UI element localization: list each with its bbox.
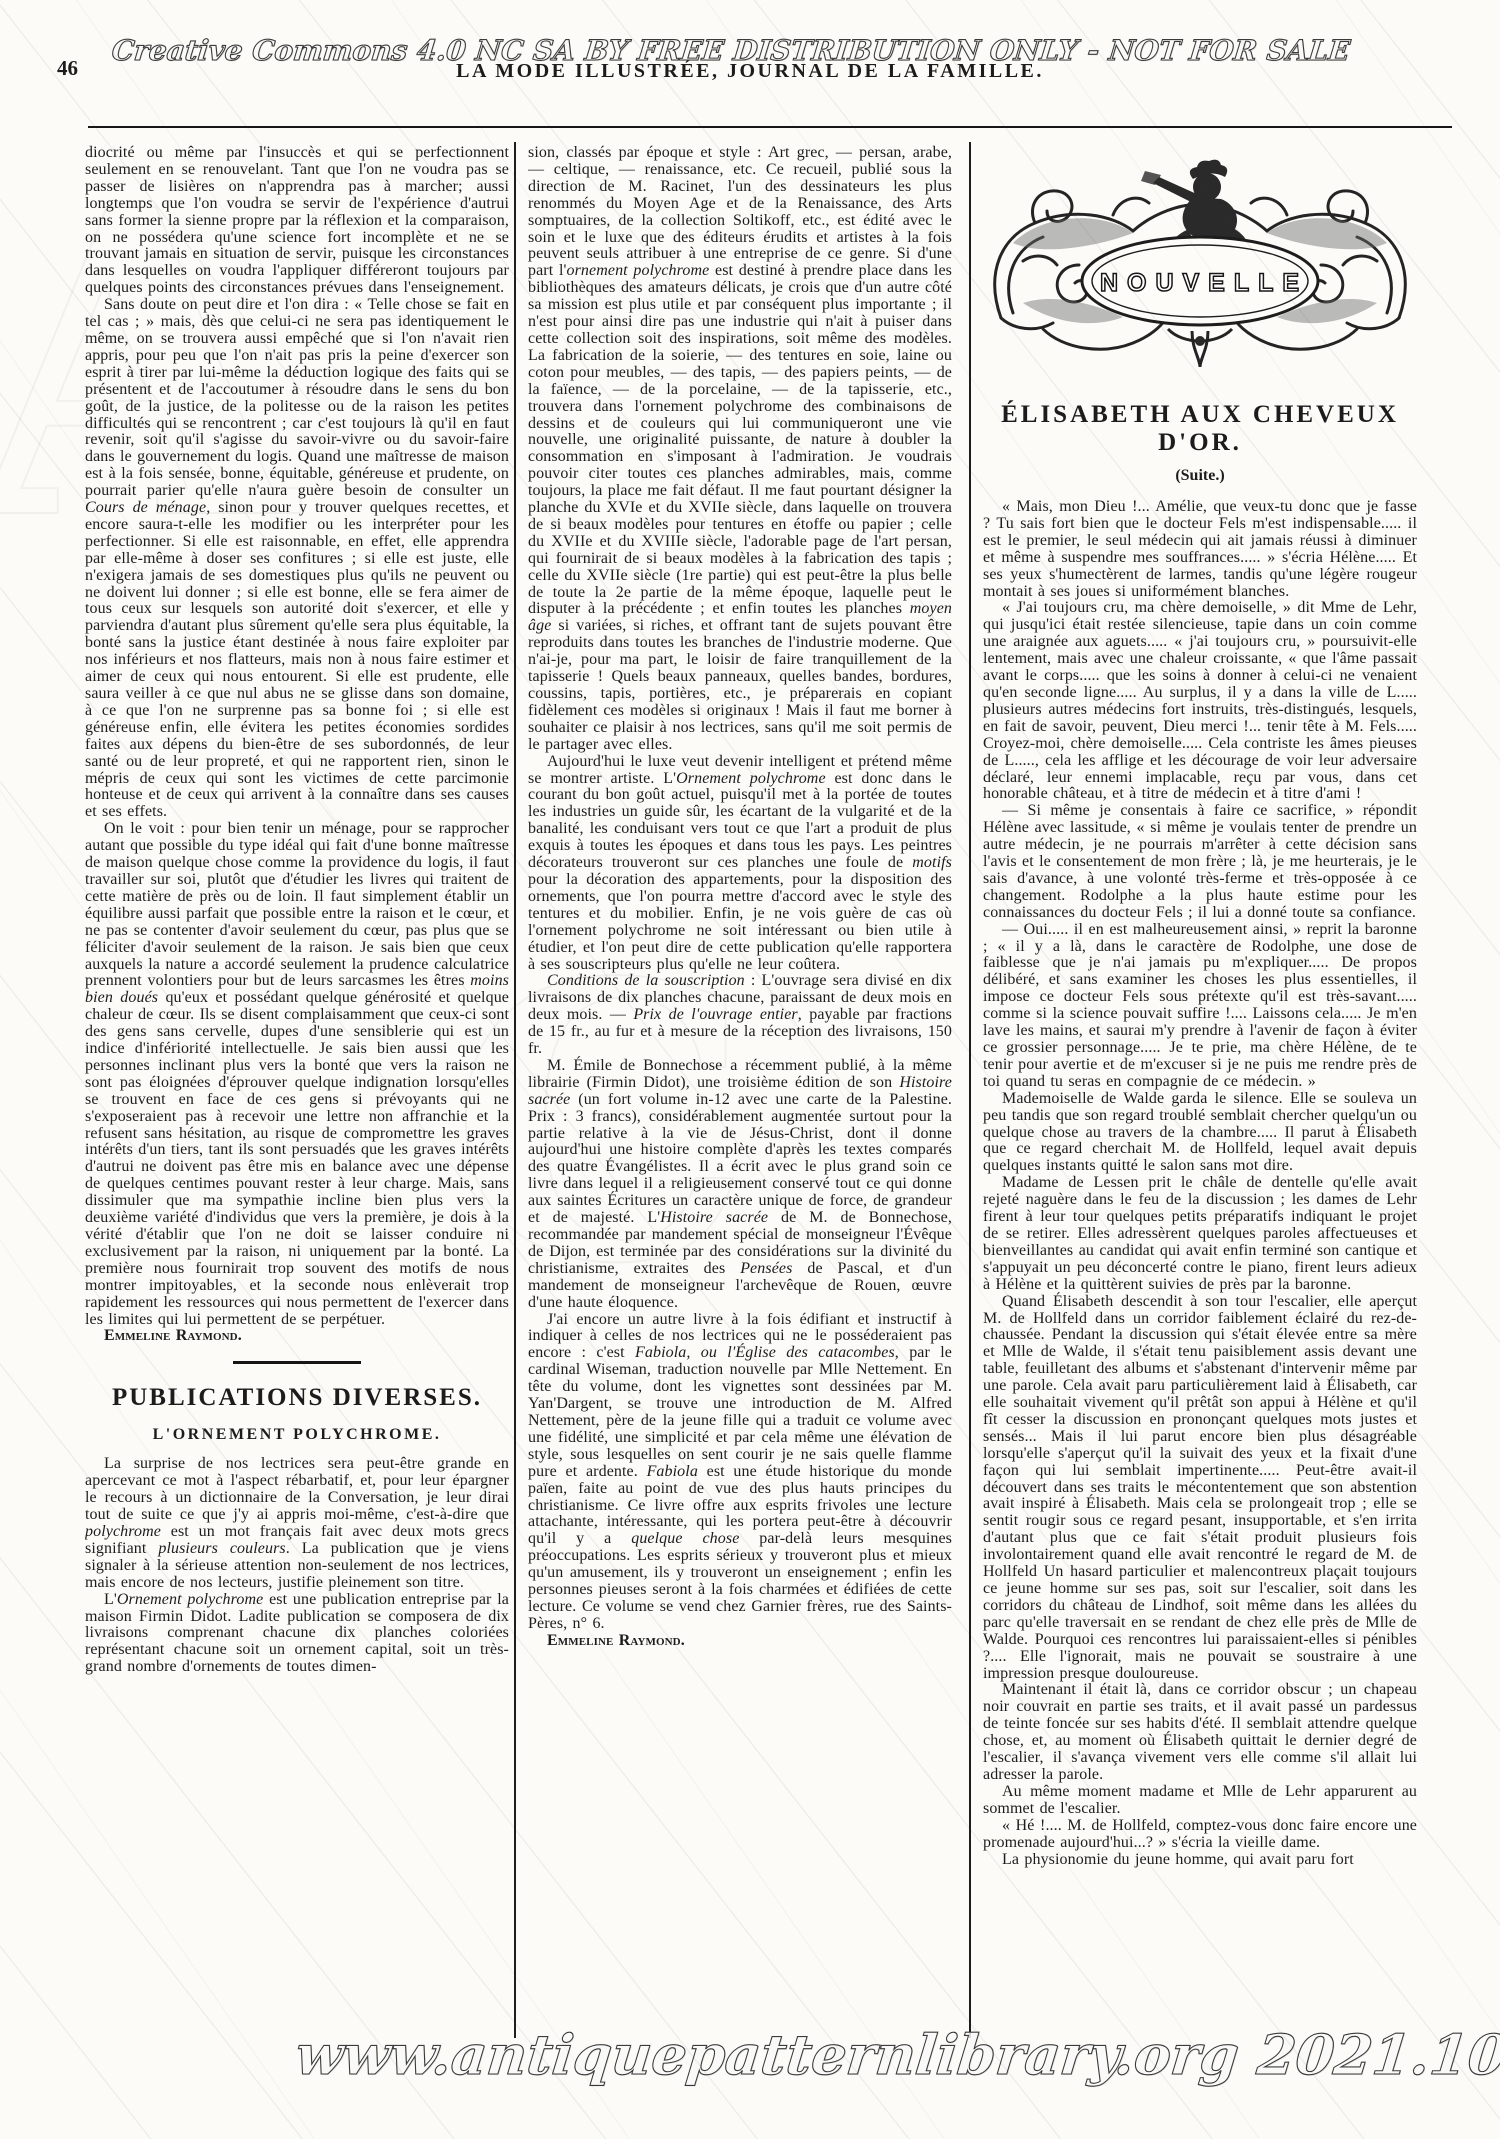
author-signature: Emmeline Raymond. [85,1328,509,1345]
banner-label: NOUVELLE [1100,269,1308,297]
paragraph: Madame de Lessen prit le châle de dentel… [983,1175,1417,1293]
paragraph: « Mais, mon Dieu !... Amélie, que veux-t… [983,499,1417,600]
column-divider [969,142,971,2038]
story-text: « Mais, mon Dieu !... Amélie, que veux-t… [983,499,1417,1868]
paragraph: M. Émile de Bonnechose a récemment publi… [528,1058,952,1312]
column-3: NOUVELLE ÉLISABETH AUX CHEVEUX D'OR. (Su… [983,145,1417,2055]
paragraph: Sans doute on peut dire et l'on dira : «… [85,297,509,821]
paragraph: J'ai encore un autre livre à la fois édi… [528,1312,952,1633]
paragraph: — Oui..... il en est malheureusement ain… [983,922,1417,1091]
paragraph: « J'ai toujours cru, ma chère demoiselle… [983,600,1417,803]
publication-review-continuation: sion, classés par époque et style : Art … [528,145,952,1633]
paragraph: diocrité ou même par l'insuccès et qui s… [85,145,509,297]
section-divider-rule [233,1361,361,1364]
column-2: sion, classés par époque et style : Art … [528,145,952,2055]
paragraph: Aujourd'hui le luxe veut devenir intelli… [528,754,952,974]
paragraph: La surprise de nos lectrices sera peut-ê… [85,1456,509,1591]
paragraph: « Hé !.... M. de Hollfeld, comptez-vous … [983,1818,1417,1852]
story-subtitle: (Suite.) [983,467,1417,485]
paragraph: L'Ornement polychrome est une publicatio… [85,1592,509,1677]
nouvelle-cartouche-engraving: NOUVELLE [983,153,1417,381]
section-subtitle: L'ORNEMENT POLYCHROME. [85,1426,509,1444]
paragraph: Conditions de la souscription : L'ouvrag… [528,973,952,1058]
author-signature: Emmeline Raymond. [528,1633,952,1650]
library-watermark-bottom: www.antiquepatternlibrary.org 2021.10 [293,2022,1500,2087]
paragraph: sion, classés par époque et style : Art … [528,145,952,754]
scanned-magazine-page: A C Creative Commons 4.0 NC SA BY FREE D… [0,0,1500,2139]
paragraph: — Si même je consentais à faire ce sacri… [983,803,1417,921]
header-rule [88,126,1452,128]
paragraph: Mademoiselle de Walde garda le silence. … [983,1091,1417,1176]
library-watermark-top: Creative Commons 4.0 NC SA BY FREE DISTR… [110,34,1351,67]
paragraph: La physionomie du jeune homme, qui avait… [983,1852,1417,1869]
column-1: diocrité ou même par l'insuccès et qui s… [85,145,509,2055]
paragraph: On le voit : pour bien tenir un ménage, … [85,821,509,1328]
article-continuation: diocrité ou même par l'insuccès et qui s… [85,145,509,1328]
story-title: ÉLISABETH AUX CHEVEUX D'OR. [983,401,1417,457]
section-title: PUBLICATIONS DIVERSES. [85,1384,509,1412]
publication-review: La surprise de nos lectrices sera peut-ê… [85,1456,509,1676]
paragraph: Au même moment madame et Mlle de Lehr ap… [983,1784,1417,1818]
column-divider [514,142,516,2038]
paragraph: Quand Élisabeth descendit à son tour l'e… [983,1294,1417,1683]
paragraph: Maintenant il était là, dans ce corridor… [983,1682,1417,1783]
